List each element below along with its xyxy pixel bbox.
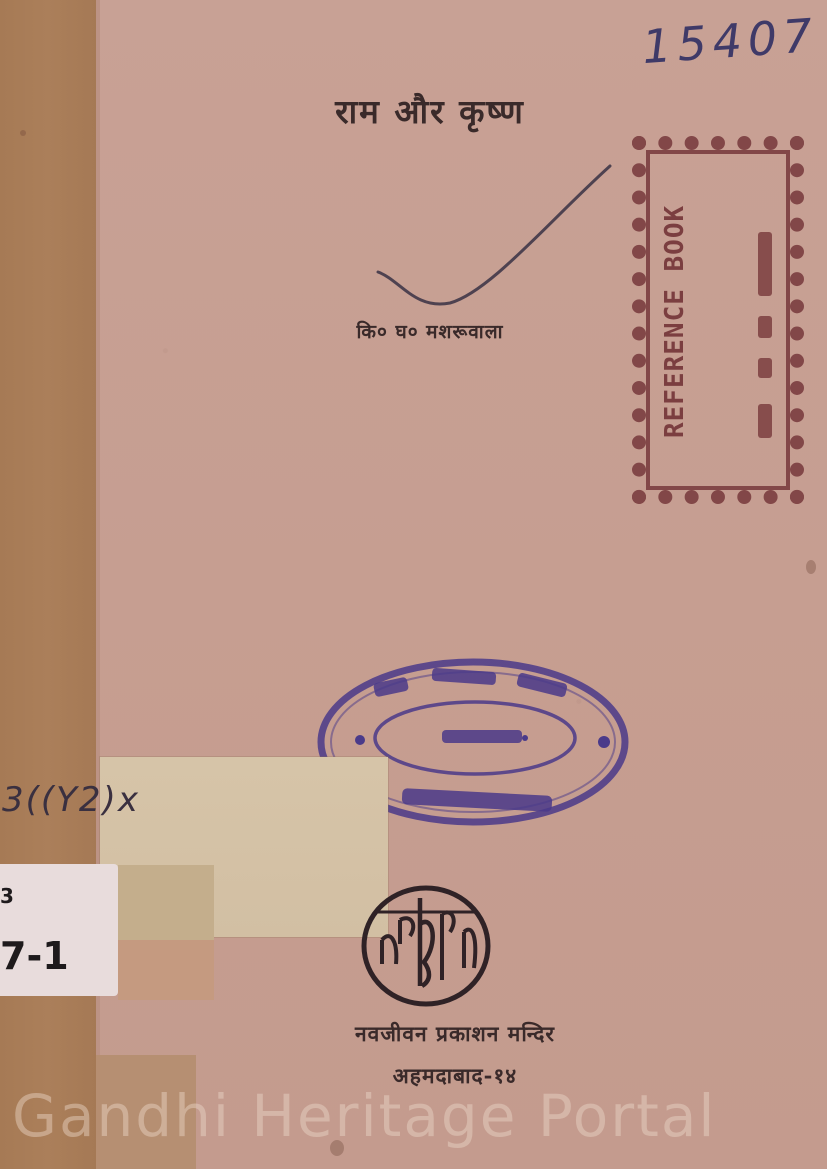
stamp-mark <box>758 358 772 378</box>
navajivan-logo-icon <box>360 884 492 1008</box>
stamp-mark <box>758 404 772 438</box>
stamp-mark <box>758 316 772 338</box>
watermark: Gandhi Heritage Portal <box>12 1082 822 1150</box>
spine-label-line2: 7-1 <box>0 934 69 978</box>
tape-stain-patch <box>118 940 214 1000</box>
book-title: राम और कृष्ण <box>300 88 560 133</box>
book-author: कि० घ० मशरूवाला <box>300 318 560 344</box>
pencil-checkmark-icon <box>370 160 620 320</box>
stain <box>806 560 816 574</box>
stamp-frame <box>632 136 804 504</box>
reference-book-stamp: REFERENCE BOOK <box>632 136 804 504</box>
tape-patch <box>118 865 214 941</box>
stain <box>20 130 26 136</box>
stamp-mark <box>758 232 772 296</box>
handwritten-call-number: 3((Y2)x <box>2 780 140 820</box>
publisher-name: नवजीवन प्रकाशन मन्दिर <box>290 1020 620 1048</box>
spine-call-label: 3 7-1 <box>0 864 118 996</box>
spine-label-line1: 3 <box>0 884 14 908</box>
reference-stamp-label: REFERENCE BOOK <box>660 166 692 476</box>
